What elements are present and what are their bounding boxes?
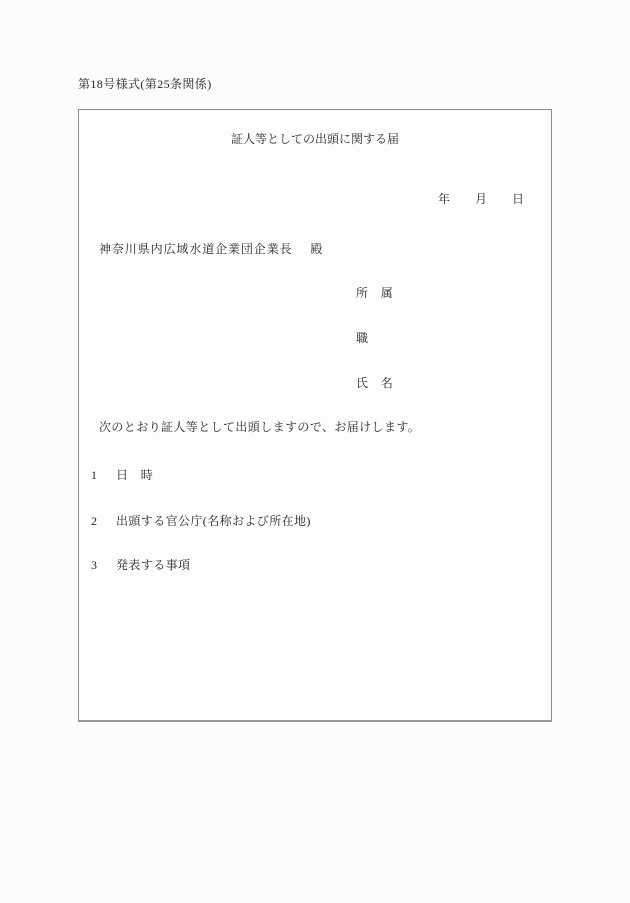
day-label: 日 <box>512 192 524 207</box>
form-border-box: 証人等としての出頭に関する届 年 月 日 神奈川県内広域水道企業団企業長 殿 所… <box>78 109 552 722</box>
item-label: 日 時 <box>116 468 153 482</box>
item-number: 3 <box>91 558 116 573</box>
year-label: 年 <box>438 192 450 207</box>
item-number: 1 <box>91 468 116 483</box>
item-label: 出頭する官公庁(名称および所在地) <box>116 514 311 528</box>
date-line: 年 月 日 <box>438 192 524 207</box>
addressee-line: 神奈川県内広域水道企業団企業長 殿 <box>99 242 323 257</box>
item-row-office: 2出頭する官公庁(名称および所在地) <box>91 514 311 529</box>
body-text: 次のとおり証人等として出頭しますので、お届けします。 <box>99 420 420 435</box>
item-row-statement: 3発表する事項 <box>91 558 190 573</box>
name-label: 氏 名 <box>356 376 393 391</box>
form-title: 証人等としての出頭に関する届 <box>79 132 551 147</box>
addressee-name: 神奈川県内広域水道企業団企業長 <box>99 242 293 256</box>
item-label: 発表する事項 <box>116 558 190 572</box>
addressee-honorific: 殿 <box>310 242 323 256</box>
month-label: 月 <box>475 192 487 207</box>
form-number-label: 第18号様式(第25条関係) <box>78 77 212 92</box>
item-row-date-time: 1日 時 <box>91 468 153 483</box>
position-label: 職 <box>356 331 368 346</box>
item-number: 2 <box>91 514 116 529</box>
affiliation-label: 所 属 <box>356 286 393 301</box>
document-page: 第18号様式(第25条関係) 証人等としての出頭に関する届 年 月 日 神奈川県… <box>0 0 630 903</box>
